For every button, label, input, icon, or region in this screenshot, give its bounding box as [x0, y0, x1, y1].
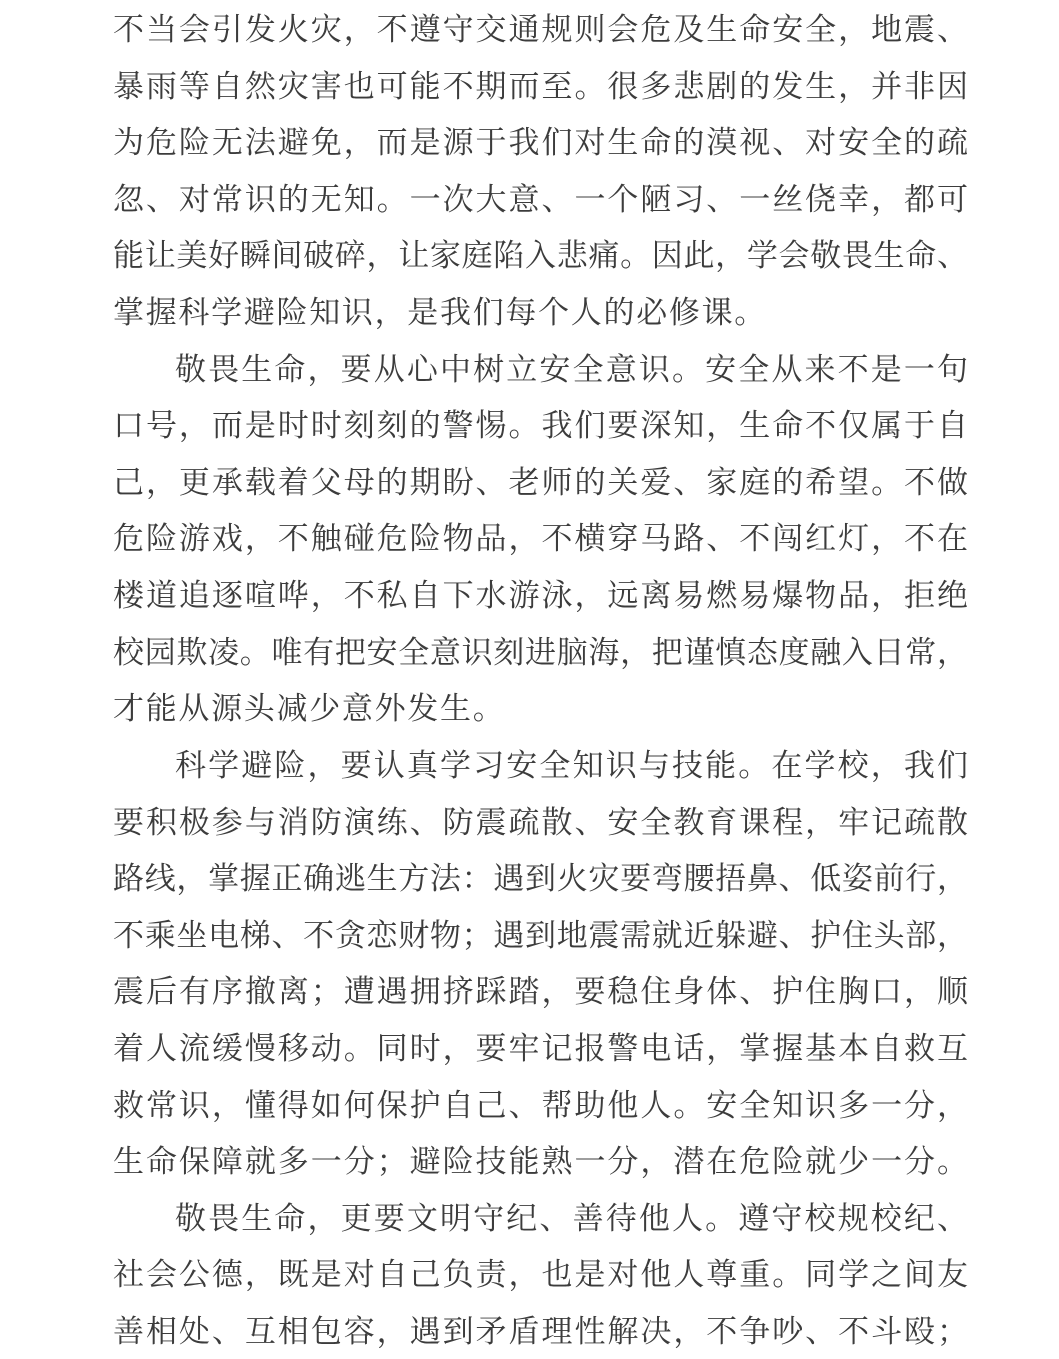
text-line: 才能从源头减少意外发生。	[113, 681, 968, 738]
text-line: 要积极参与消防演练、防震疏散、安全教育课程，牢记疏散	[113, 795, 968, 852]
text-line: 不乘坐电梯、不贪恋财物；遇到地震需就近躲避、护住头部，	[113, 908, 968, 965]
paragraph: 科学避险，要认真学习安全知识与技能。在学校，我们 要积极参与消防演练、防震疏散、…	[113, 738, 968, 1191]
essay-text-column: 不当会引发火灾，不遵守交通规则会危及生命安全，地震、 暴雨等自然灾害也可能不期而…	[113, 2, 968, 1359]
text-line: 科学避险，要认真学习安全知识与技能。在学校，我们	[113, 738, 968, 795]
text-line: 掌握科学避险知识，是我们每个人的必修课。	[113, 285, 968, 342]
text-line: 能让美好瞬间破碎，让家庭陷入悲痛。因此，学会敬畏生命、	[113, 228, 968, 285]
text-line: 暴雨等自然灾害也可能不期而至。很多悲剧的发生，并非因	[113, 59, 968, 116]
paragraph: 不当会引发火灾，不遵守交通规则会危及生命安全，地震、 暴雨等自然灾害也可能不期而…	[113, 2, 968, 342]
text-line: 口号，而是时时刻刻的警惕。我们要深知，生命不仅属于自	[113, 398, 968, 455]
text-line: 楼道追逐喧哗，不私自下水游泳，远离易燃易爆物品，拒绝	[113, 568, 968, 625]
text-line: 善相处、互相包容，遇到矛盾理性解决，不争吵、不斗殴；	[113, 1304, 968, 1359]
text-line: 社会公德，既是对自己负责，也是对他人尊重。同学之间友	[113, 1247, 968, 1304]
text-line: 危险游戏，不触碰危险物品，不横穿马路、不闯红灯，不在	[113, 511, 968, 568]
text-line: 生命保障就多一分；避险技能熟一分，潜在危险就少一分。	[113, 1134, 968, 1191]
text-line: 路线，掌握正确逃生方法：遇到火灾要弯腰捂鼻、低姿前行，	[113, 851, 968, 908]
text-line: 救常识，懂得如何保护自己、帮助他人。安全知识多一分，	[113, 1078, 968, 1135]
text-line: 为危险无法避免，而是源于我们对生命的漠视、对安全的疏	[113, 115, 968, 172]
document-page: 不当会引发火灾，不遵守交通规则会危及生命安全，地震、 暴雨等自然灾害也可能不期而…	[0, 0, 1059, 1359]
text-line: 己，更承载着父母的期盼、老师的关爱、家庭的希望。不做	[113, 455, 968, 512]
paragraph: 敬畏生命，更要文明守纪、善待他人。遵守校规校纪、 社会公德，既是对自己负责，也是…	[113, 1191, 968, 1359]
text-line: 忽、对常识的无知。一次大意、一个陋习、一丝侥幸，都可	[113, 172, 968, 229]
text-line: 校园欺凌。唯有把安全意识刻进脑海，把谨慎态度融入日常，	[113, 625, 968, 682]
text-line: 着人流缓慢移动。同时，要牢记报警电话，掌握基本自救互	[113, 1021, 968, 1078]
text-line: 不当会引发火灾，不遵守交通规则会危及生命安全，地震、	[113, 2, 968, 59]
text-line: 震后有序撤离；遭遇拥挤踩踏，要稳住身体、护住胸口，顺	[113, 964, 968, 1021]
text-line: 敬畏生命，要从心中树立安全意识。安全从来不是一句	[113, 342, 968, 399]
paragraph: 敬畏生命，要从心中树立安全意识。安全从来不是一句 口号，而是时时刻刻的警惕。我们…	[113, 342, 968, 738]
text-line: 敬畏生命，更要文明守纪、善待他人。遵守校规校纪、	[113, 1191, 968, 1248]
